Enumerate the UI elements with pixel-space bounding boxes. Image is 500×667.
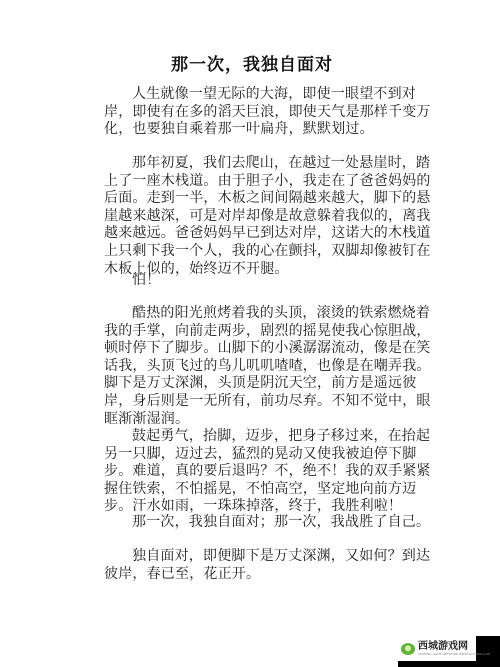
paragraph: 独自面对，即便脚下是万丈深渊，又如何？到达彼岸，春已至，花正开。 bbox=[104, 548, 404, 583]
paragraph-line: 上只剩下我一个人，我的心在颤抖，双脚却像被钉在 bbox=[104, 243, 404, 261]
paragraph-line: 脚下是万丈深渊，头顶是阴沉天空，前方是遥远彼 bbox=[104, 375, 404, 393]
paragraph: 酷热的阳光煎烤着我的头顶，滚烫的铁索燃烧着我的手掌，向前走两步，剧烈的摇晃使我心… bbox=[104, 305, 404, 428]
paragraph-line: 彼岸，春已至，花正开。 bbox=[104, 566, 404, 584]
paragraph: 那年初夏，我们去爬山，在越过一处悬崖时，踏上了一座木栈道。由于胆子小，我走在了爸… bbox=[104, 155, 404, 278]
paragraph-line: 另一只脚，迈过去，猛烈的晃动又使我被迫停下脚 bbox=[104, 446, 404, 464]
paragraph-line: 怕！ bbox=[104, 272, 404, 290]
paragraph-line: 步。难道，真的要后退吗？不，绝不！我的双手紧紧 bbox=[104, 463, 404, 481]
paragraph: 鼓起勇气，抬脚，迈步，把身子移过来，在抬起另一只脚，迈过去，猛烈的晃动又使我被迫… bbox=[104, 428, 404, 516]
paragraph-line: 越来越远。爸爸妈妈早已到达对岸，这诺大的木栈道 bbox=[104, 225, 404, 243]
document-title: 那一次，我独自面对 bbox=[104, 50, 400, 75]
paragraph: 那一次，我独自面对；那一次，我战胜了自己。 bbox=[104, 514, 404, 532]
paragraph-line: 独自面对，即便脚下是万丈深渊，又如何？到达 bbox=[104, 548, 404, 566]
paragraph-line: 我的手掌，向前走两步，剧烈的摇晃使我心惊胆战， bbox=[104, 323, 404, 341]
paragraph-line: 岸，即使有在多的滔天巨浪，即使天气是那样千变万 bbox=[104, 104, 404, 122]
watermark-text-group: 西城游戏网 XICHENG GAME NETWORK WWW.XICHENG.C… bbox=[418, 641, 490, 656]
paragraph-line: 握住铁索，不怕摇晃，不怕高空，坚定地向前方迈 bbox=[104, 481, 404, 499]
paragraph-line: 顿时停下了脚步。山脚下的小溪潺潺流动，像是在笑 bbox=[104, 340, 404, 358]
paragraph-line: 人生就像一望无际的大海，即使一眼望不到对 bbox=[104, 86, 404, 104]
green-leaf-logo-icon bbox=[401, 643, 415, 655]
watermark-badge: 西城游戏网 XICHENG GAME NETWORK WWW.XICHENG.C… bbox=[398, 636, 476, 661]
paragraph-line: 那年初夏，我们去爬山，在越过一处悬崖时，踏 bbox=[104, 155, 404, 173]
watermark: 西城游戏网 XICHENG GAME NETWORK WWW.XICHENG.C… bbox=[398, 636, 500, 667]
paragraph-line: 酷热的阳光煎烤着我的头顶，滚烫的铁索燃烧着 bbox=[104, 305, 404, 323]
paragraph: 人生就像一望无际的大海，即使一眼望不到对岸，即使有在多的滔天巨浪，即使天气是那样… bbox=[104, 86, 404, 139]
paragraph-line: 化，也要独自乘着那一叶扁舟，默默划过。 bbox=[104, 121, 404, 139]
paragraph-line: 上了一座木栈道。由于胆子小，我走在了爸爸妈妈的 bbox=[104, 173, 404, 191]
paragraph-line: 那一次，我独自面对；那一次，我战胜了自己。 bbox=[104, 514, 404, 532]
paragraph-line: 鼓起勇气，抬脚，迈步，把身子移过来，在抬起 bbox=[104, 428, 404, 446]
watermark-site-name: 西城游戏网 bbox=[418, 641, 490, 652]
paragraph-line: 眶渐渐湿润。 bbox=[104, 411, 404, 429]
paragraph-line: 话我，头顶飞过的鸟儿叽叽喳喳，也像是在嘲弄我。 bbox=[104, 358, 404, 376]
paragraph-line: 崖越来越深，可是对岸却像是故意躲着我似的，离我 bbox=[104, 208, 404, 226]
paragraph-line: 岸，身后则是一无所有，前功尽弃。不知不觉中，眼 bbox=[104, 393, 404, 411]
watermark-subtitle: XICHENG GAME NETWORK WWW.XICHENG.COM bbox=[418, 652, 490, 656]
paragraph-line: 后面。走到一半，木板之间间隔越来越大，脚下的悬 bbox=[104, 190, 404, 208]
paragraph: 怕！ bbox=[104, 272, 404, 290]
